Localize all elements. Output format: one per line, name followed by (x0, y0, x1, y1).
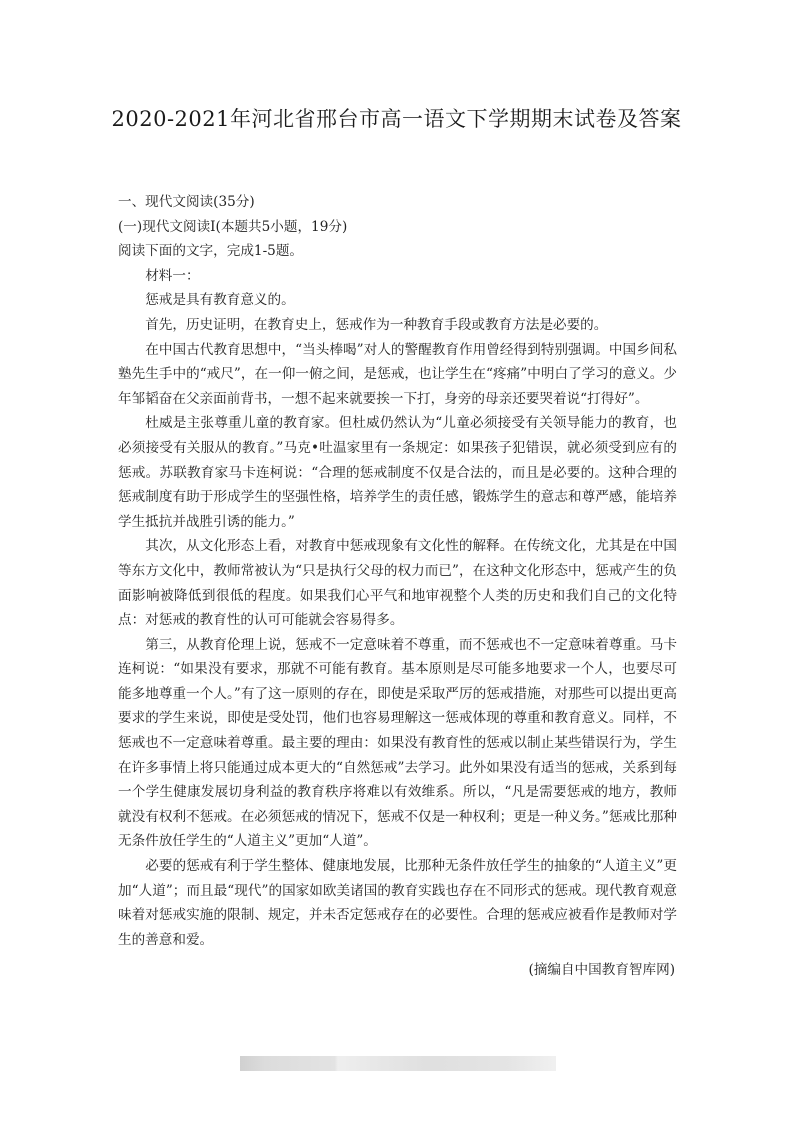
paragraph: 其次，从文化形态上看，对教育中惩戒现象有文化性的解释。在传统文化，尤其是在中国等… (118, 534, 677, 632)
paragraph: 惩戒是具有教育意义的。 (118, 288, 677, 313)
paragraph: 杜威是主张尊重儿童的教育家。但杜威仍然认为“儿童必须接受有关领导能力的教育，也必… (118, 411, 677, 534)
section-heading: 一、现代文阅读(35分) (118, 190, 677, 215)
document-body: 一、现代文阅读(35分) (一)现代文阅读Ⅰ(本题共5小题，19分) 阅读下面的… (118, 190, 677, 983)
instruction: 阅读下面的文字，完成1-5题。 (118, 239, 677, 264)
paragraph: 必要的惩戒有利于学生整体、健康地发展，比那种无条件放任学生的抽象的“人道主义”更… (118, 854, 677, 952)
material-label: 材料一： (118, 264, 677, 289)
source-citation: (摘编自中国教育智库网) (118, 958, 677, 983)
paragraph: 第三，从教育伦理上说，惩戒不一定意味着不尊重，而不惩戒也不一定意味着尊重。马卡连… (118, 633, 677, 854)
document-title: 2020-2021年河北省邢台市高一语文下学期期末试卷及答案 (0, 103, 793, 133)
paragraph: 首先，历史证明，在教育史上，惩戒作为一种教育手段或教育方法是必要的。 (118, 313, 677, 338)
blurred-footer-watermark (240, 1056, 556, 1071)
subsection-heading: (一)现代文阅读Ⅰ(本题共5小题，19分) (118, 215, 677, 240)
paragraph: 在中国古代教育思想中，“当头棒喝”对人的警醒教育作用曾经得到特别强调。中国乡间私… (118, 338, 677, 412)
